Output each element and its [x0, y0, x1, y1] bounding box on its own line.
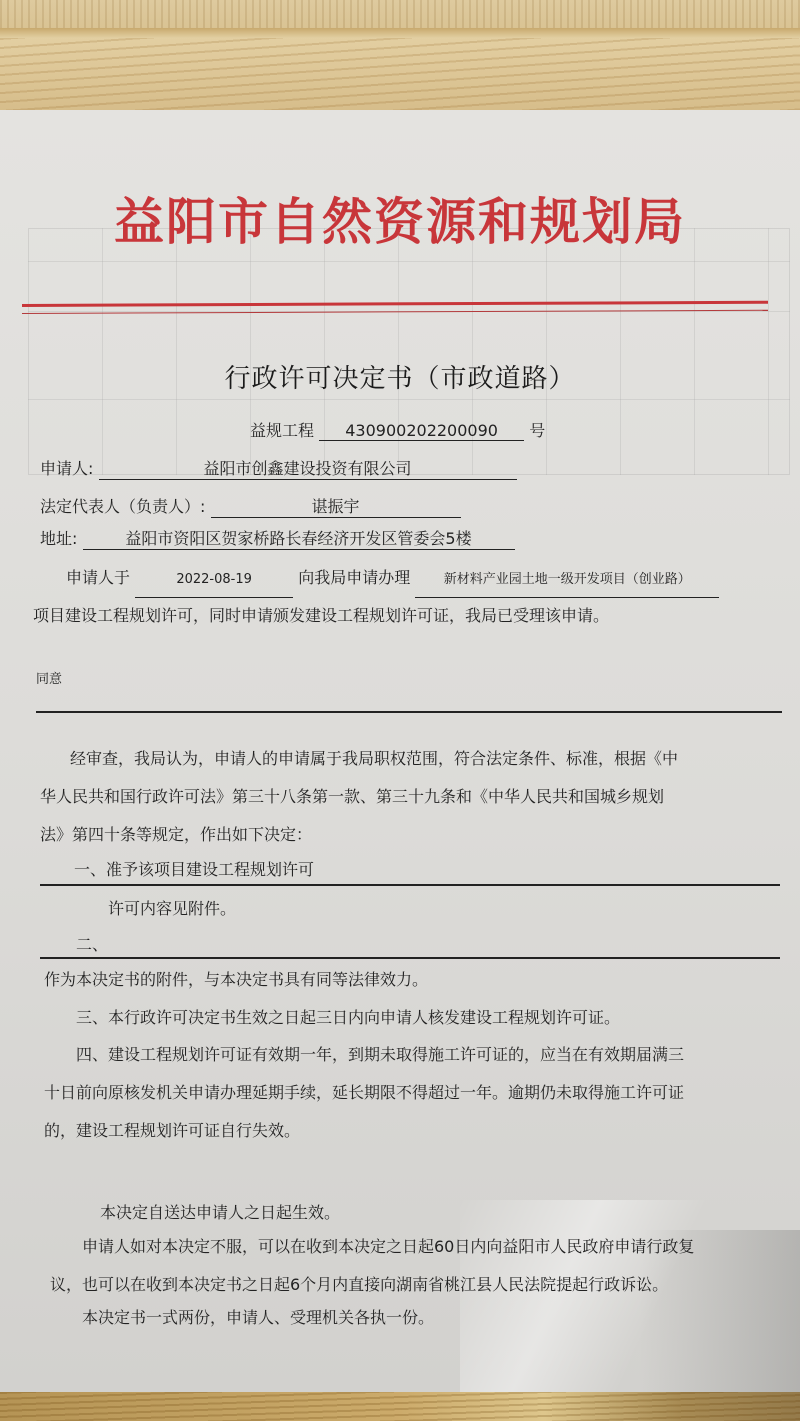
opinion-underline	[36, 711, 782, 713]
review-paragraph: 经审查，我局认为，申请人的申请属于我局职权范围，符合法定条件、标准，根据《中 华…	[40, 740, 780, 854]
address-line: 地址: 益阳市资阳区贺家桥路长春经济开发区管委会5楼	[40, 526, 515, 550]
wooden-shelf-background	[0, 0, 800, 112]
opinion-text: 同意	[36, 668, 62, 687]
decision-4-line-3: 的，建设工程规划许可证自行失效。	[44, 1112, 784, 1150]
reference-number: 430900202200090	[319, 421, 524, 441]
appeal-paragraph: 申请人如对本决定不服，可以在收到本决定之日起60日内向益阳市人民政府申请行政复 …	[50, 1228, 790, 1304]
legal-rep-label: 法定代表人（负责人）:	[40, 497, 205, 516]
applicant-label: 申请人:	[40, 459, 93, 478]
appeal-line-1: 申请人如对本决定不服，可以在收到本决定之日起60日内向益阳市人民政府申请行政复	[50, 1228, 790, 1266]
legal-rep-value: 谌振宇	[211, 494, 461, 518]
application-mid: 向我局申请办理	[298, 568, 410, 587]
appeal-line-2: 议，也可以在收到本决定书之日起6个月内直接向湖南省桃江县人民法院提起行政诉讼。	[50, 1266, 790, 1304]
application-date: 2022-08-19	[135, 572, 293, 598]
review-line-1: 经审查，我局认为，申请人的申请属于我局职权范围，符合法定条件、标准，根据《中	[40, 740, 780, 778]
shelf-plank	[0, 38, 800, 112]
decision-4-line-1: 四、建设工程规划许可证有效期一年，到期未取得施工许可证的，应当在有效期届满三	[44, 1036, 784, 1074]
decision-1: 一、准予该项目建设工程规划许可	[74, 857, 314, 880]
application-line: 申请人于 2022-08-19 向我局申请办理 新材料产业园土地一级开发项目（创…	[66, 565, 719, 598]
legal-representative-line: 法定代表人（负责人）: 谌振宇	[40, 494, 461, 518]
application-project-name: 新材料产业园土地一级开发项目（创业路）	[415, 568, 719, 598]
reference-number-line: 益规工程 430900202200090 号	[250, 418, 545, 441]
decision-4-line-2: 十日前向原核发机关申请办理延期手续，延长期限不得超过一年。逾期仍未取得施工许可证	[44, 1074, 784, 1112]
application-tail: 项目建设工程规划许可，同时申请颁发建设工程规划许可证，我局已受理该申请。	[33, 603, 609, 626]
review-line-3: 法》第四十条等规定，作出如下决定：	[40, 816, 780, 854]
decision-1-note: 许可内容见附件。	[108, 896, 236, 919]
address-value: 益阳市资阳区贺家桥路长春经济开发区管委会5楼	[83, 526, 515, 550]
applicant-value: 益阳市创鑫建设投资有限公司	[99, 456, 517, 480]
decision-2-underline	[40, 957, 780, 959]
decision-2: 二、	[76, 932, 108, 955]
application-lead: 申请人于	[66, 568, 130, 587]
decision-4: 四、建设工程规划许可证有效期一年，到期未取得施工许可证的，应当在有效期届满三 十…	[44, 1036, 784, 1150]
copies-clause: 本决定书一式两份，申请人、受理机关各执一份。	[82, 1305, 434, 1328]
shelf-rail	[0, 28, 800, 38]
address-label: 地址:	[40, 529, 77, 548]
decision-2-note: 作为本决定书的附件，与本决定书具有同等法律效力。	[44, 967, 428, 990]
issuing-authority-header: 益阳市自然资源和规划局	[0, 190, 800, 254]
review-line-2: 华人民共和国行政许可法》第三十八条第一款、第三十九条和《中华人民共和国城乡规划	[40, 778, 780, 816]
wooden-surface-bottom	[0, 1392, 800, 1421]
reference-suffix: 号	[529, 421, 545, 440]
reference-prefix: 益规工程	[250, 421, 314, 440]
effective-clause: 本决定自送达申请人之日起生效。	[100, 1200, 340, 1223]
decision-1-underline	[40, 884, 780, 886]
decision-3: 三、本行政许可决定书生效之日起三日内向申请人核发建设工程规划许可证。	[76, 1005, 620, 1028]
document-title: 行政许可决定书（市政道路）	[0, 358, 800, 395]
applicant-line: 申请人: 益阳市创鑫建设投资有限公司	[40, 456, 517, 480]
